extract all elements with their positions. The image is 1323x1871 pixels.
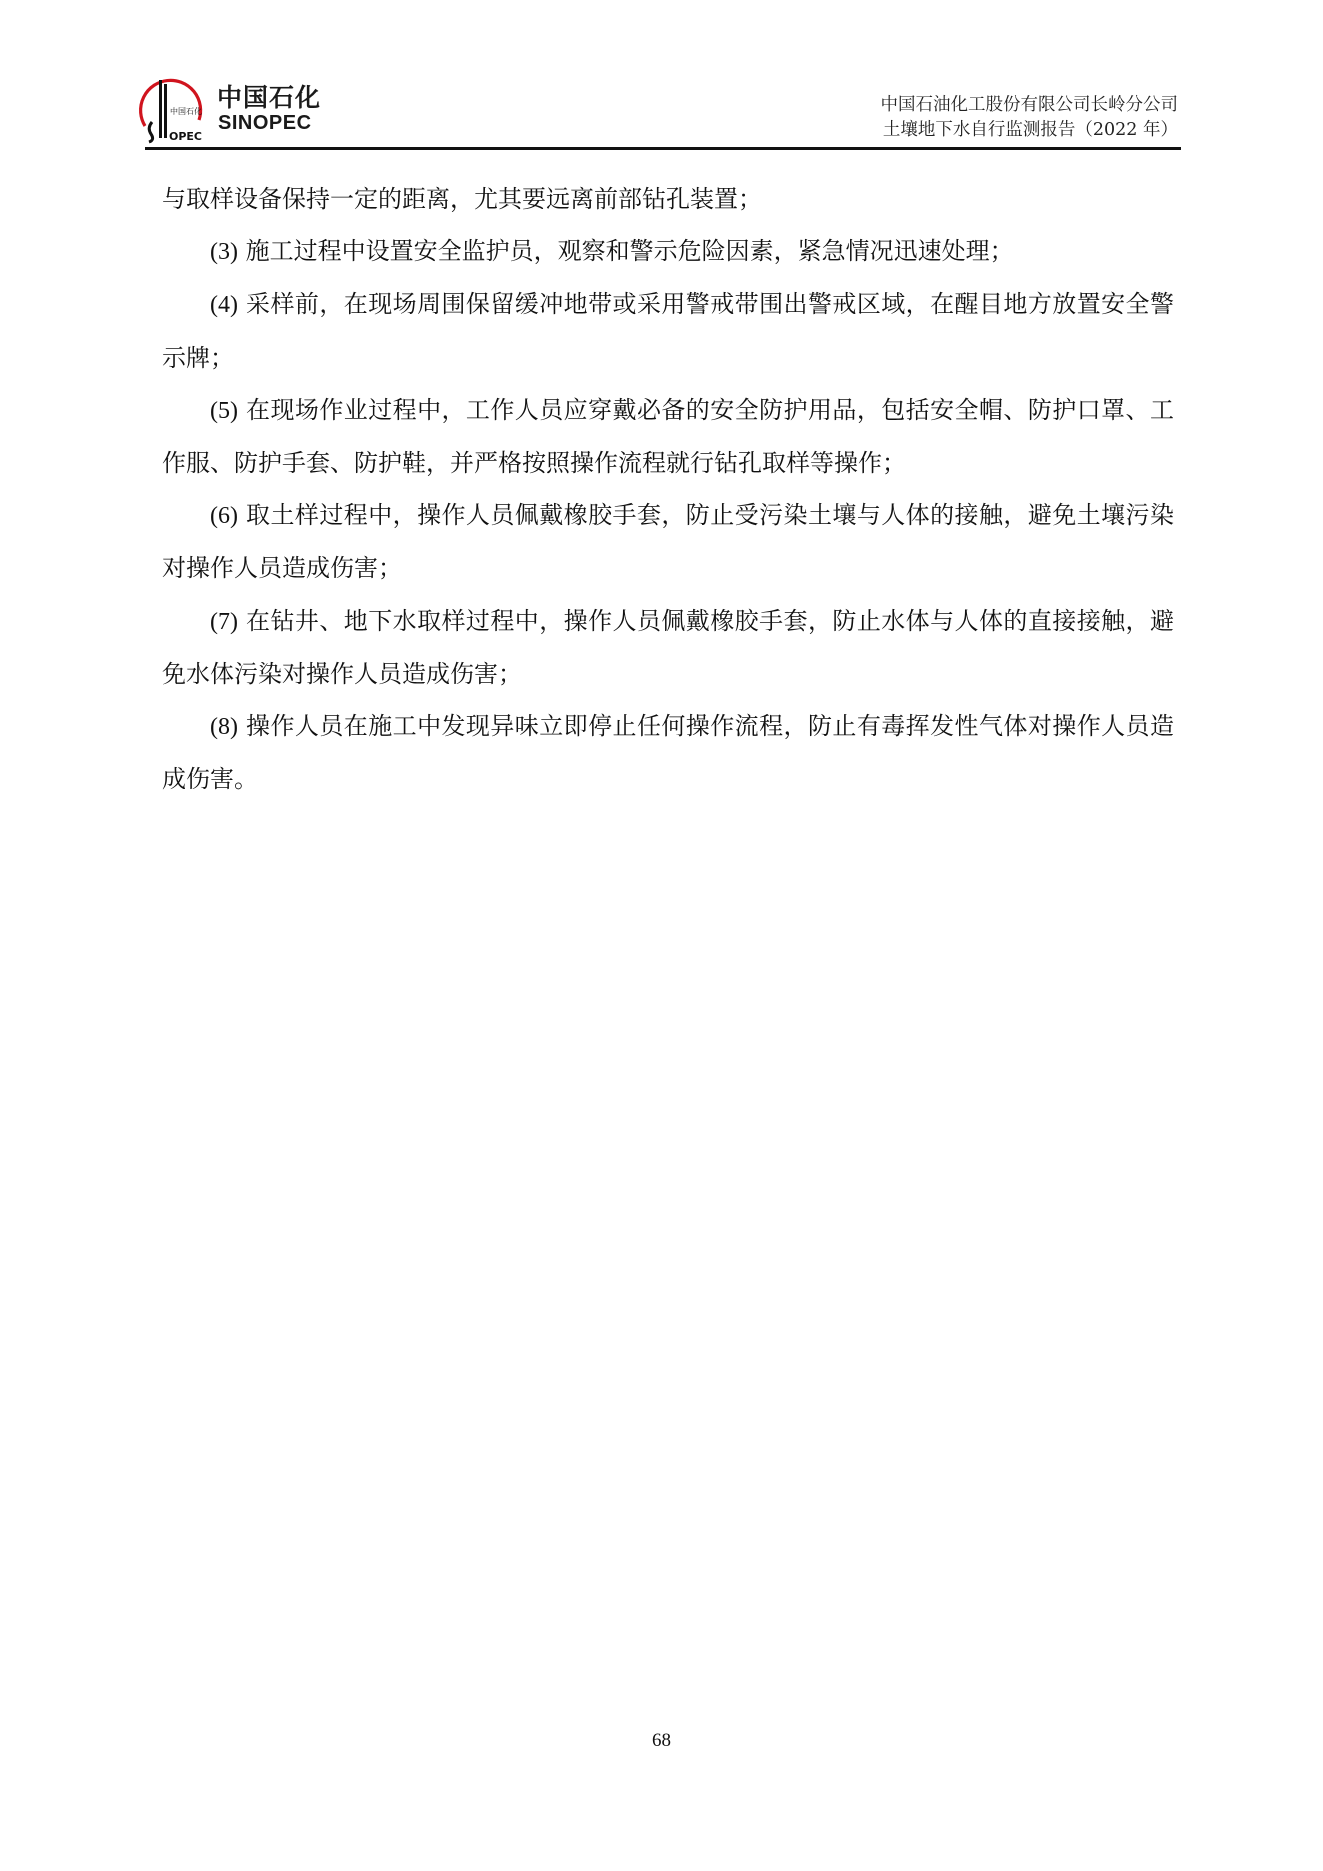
item-number: (5)	[210, 398, 238, 424]
item-number: (4)	[210, 292, 238, 318]
body-content: 与取样设备保持一定的距离，尤其要远离前部钻孔装置； (3) 施工过程中设置安全监…	[162, 173, 1174, 805]
header-divider	[145, 147, 1181, 150]
item-text: 在现场作业过程中，工作人员应穿戴必备的安全防护用品，包括安全帽、防护口罩、工作服…	[162, 396, 1174, 477]
list-item-8: (8) 操作人员在施工中发现异味立即停止任何操作流程，防止有毒挥发性气体对操作人…	[162, 700, 1174, 805]
svg-text:中国石化: 中国石化	[170, 106, 202, 116]
item-number: (6)	[210, 503, 238, 529]
item-number: (8)	[210, 714, 238, 740]
brand-name-cn: 中国石化	[217, 78, 321, 114]
sinopec-logo: 中国石化 OPEC 中国石化 SINOPEC	[137, 72, 337, 144]
svg-text:OPEC: OPEC	[169, 130, 202, 143]
page-header: 中国石化 OPEC 中国石化 SINOPEC 中国石油化工股份有限公司长岭分公司…	[137, 72, 1182, 150]
list-item-7: (7) 在钻井、地下水取样过程中，操作人员佩戴橡胶手套，防止水体与人体的直接接触…	[162, 595, 1174, 700]
list-item-4: (4) 采样前，在现场周围保留缓冲地带或采用警戒带围出警戒区域，在醒目地方放置安…	[162, 278, 1174, 383]
item-number: (7)	[210, 609, 238, 635]
list-item-6: (6) 取土样过程中，操作人员佩戴橡胶手套，防止受污染土壤与人体的接触，避免土壤…	[162, 489, 1174, 594]
item-text: 在钻井、地下水取样过程中，操作人员佩戴橡胶手套，防止水体与人体的直接接触，避免水…	[162, 607, 1174, 688]
document-page: 中国石化 OPEC 中国石化 SINOPEC 中国石油化工股份有限公司长岭分公司…	[0, 0, 1323, 1871]
header-report-info: 中国石油化工股份有限公司长岭分公司 土壤地下水自行监测报告（2022 年）	[881, 93, 1179, 143]
paragraph-text: 与取样设备保持一定的距离，尤其要远离前部钻孔装置；	[162, 185, 762, 213]
paragraph-continuation: 与取样设备保持一定的距离，尤其要远离前部钻孔装置；	[162, 173, 1174, 225]
item-text: 施工过程中设置安全监护员，观察和警示危险因素，紧急情况迅速处理；	[246, 237, 1014, 265]
brand-name-en: SINOPEC	[218, 112, 312, 135]
report-title: 土壤地下水自行监测报告（2022 年）	[881, 118, 1179, 143]
sinopec-emblem-icon: 中国石化 OPEC	[137, 74, 207, 144]
company-name: 中国石油化工股份有限公司长岭分公司	[881, 93, 1179, 118]
item-text: 取土样过程中，操作人员佩戴橡胶手套，防止受污染土壤与人体的接触，避免土壤污染对操…	[162, 501, 1174, 582]
list-item-5: (5) 在现场作业过程中，工作人员应穿戴必备的安全防护用品，包括安全帽、防护口罩…	[162, 384, 1174, 489]
list-item-3: (3) 施工过程中设置安全监护员，观察和警示危险因素，紧急情况迅速处理；	[162, 225, 1174, 278]
item-text: 采样前，在现场周围保留缓冲地带或采用警戒带围出警戒区域，在醒目地方放置安全警示牌…	[162, 290, 1174, 371]
item-number: (3)	[210, 239, 238, 265]
item-text: 操作人员在施工中发现异味立即停止任何操作流程，防止有毒挥发性气体对操作人员造成伤…	[162, 712, 1174, 793]
page-number: 68	[0, 1730, 1323, 1752]
